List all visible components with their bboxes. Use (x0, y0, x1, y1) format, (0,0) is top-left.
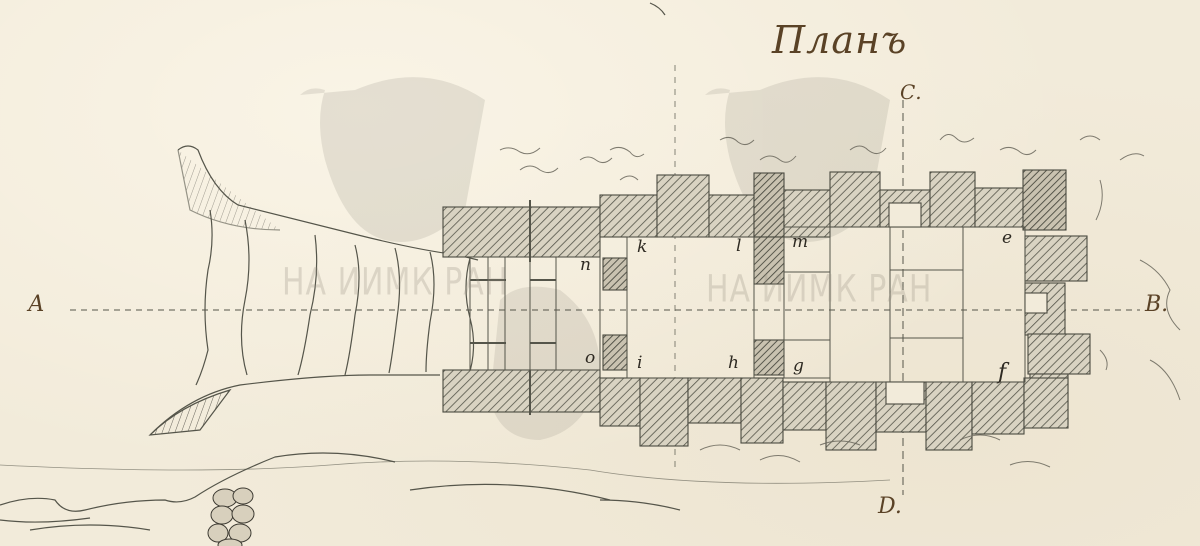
axis-label-b: В. (1145, 292, 1168, 317)
room-label-g: g (793, 356, 804, 376)
plan-drawing (0, 0, 1200, 546)
top-stroke (650, 3, 665, 15)
room-label-e: e (1002, 228, 1012, 248)
drawing-title: Планъ (772, 18, 907, 62)
axis-label-d: D. (878, 494, 902, 519)
room-label-o: o (585, 348, 595, 368)
watermark-text: НА ИИМК РАН (706, 268, 932, 312)
room-label-k: k (637, 237, 647, 257)
axis-label-a: А (28, 292, 45, 317)
room-label-l: l (736, 236, 741, 256)
axis-label-c: С. (900, 80, 922, 104)
rock-pile (208, 488, 254, 546)
room-label-m: m (792, 232, 808, 252)
room-label-i: i (637, 353, 642, 373)
room-label-h: h (728, 353, 739, 373)
watermark-text: НА ИИМК РАН (282, 261, 508, 305)
shoreline-bottom (0, 453, 890, 530)
room-label-f: f (998, 360, 1006, 385)
room-label-n: n (580, 255, 591, 275)
